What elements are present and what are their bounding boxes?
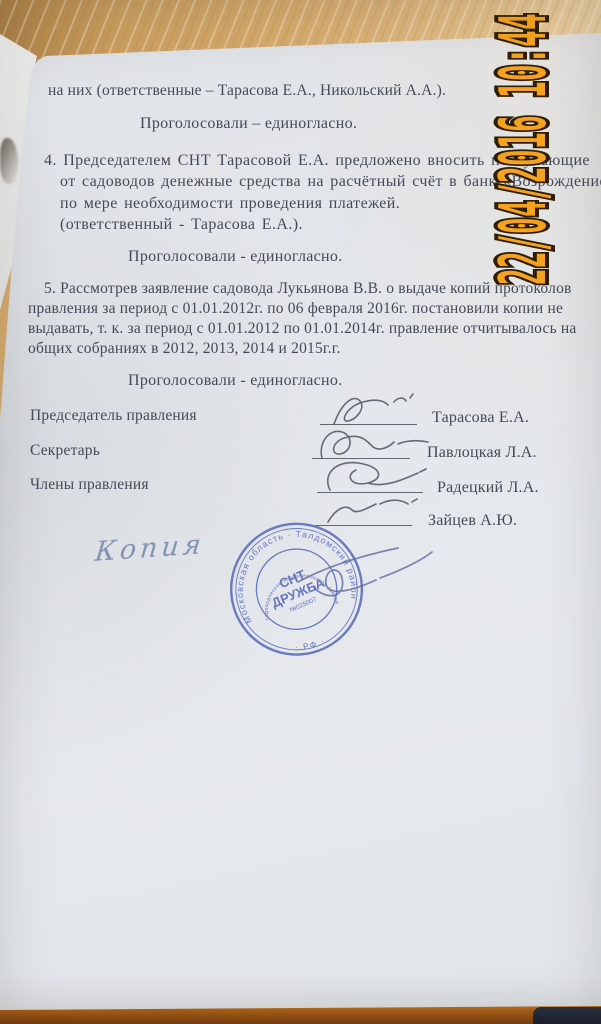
item4-line-1: 4. Председателем СНТ Тарасовой Е.А. пред… bbox=[44, 152, 590, 170]
signature-radetsky bbox=[314, 458, 439, 496]
vote-result-3: Проголосовали - единогласно. bbox=[128, 372, 343, 390]
signer-name-pavlotskaya: Павлоцкая Л.А. bbox=[427, 444, 537, 462]
signer-name-radetsky: Радецкий Л.А. bbox=[437, 479, 539, 497]
signer-name-tarasova: Тарасова Е.А. bbox=[432, 409, 529, 427]
signature-pavlotskaya bbox=[308, 424, 433, 462]
intro-line: на них (ответственные – Тарасова Е.А., Н… bbox=[48, 82, 446, 100]
item5-line-3: выдавать, т. к. за период с 01.01.2012 п… bbox=[28, 320, 577, 338]
signature-tarasova bbox=[322, 392, 432, 428]
signer-role-secretary: Секретарь bbox=[30, 442, 100, 460]
pen-flourish-over-stamp bbox=[280, 530, 450, 640]
page-gap-shadow bbox=[0, 138, 18, 184]
item4-line-2: от садоводов денежные средства на расчёт… bbox=[60, 173, 601, 191]
signer-role-board-members: Члены правления bbox=[30, 476, 149, 494]
photo-of-document: на них (ответственные – Тарасова Е.А., Н… bbox=[0, 0, 601, 1024]
item5-line-1: 5. Рассмотрев заявление садовода Лукьяно… bbox=[44, 280, 572, 298]
signer-name-zaitsev: Зайцев А.Ю. bbox=[428, 512, 517, 530]
item4-line-4: (ответственный - Тарасова Е.А.). bbox=[60, 216, 303, 234]
signer-role-chairman: Председатель правления bbox=[30, 407, 197, 425]
item4-line-3: по мере необходимости проведения платеже… bbox=[60, 195, 400, 213]
vote-result-1: Проголосовали – единогласно. bbox=[140, 115, 357, 133]
item5-line-4: общих собраниях в 2012, 2013, 2014 и 201… bbox=[28, 340, 341, 358]
dark-object-bottom-right bbox=[533, 1007, 601, 1024]
item5-line-2: правления за период с 01.01.2012г. по 06… bbox=[28, 300, 563, 318]
vote-result-2: Проголосовали - единогласно. bbox=[128, 248, 343, 266]
